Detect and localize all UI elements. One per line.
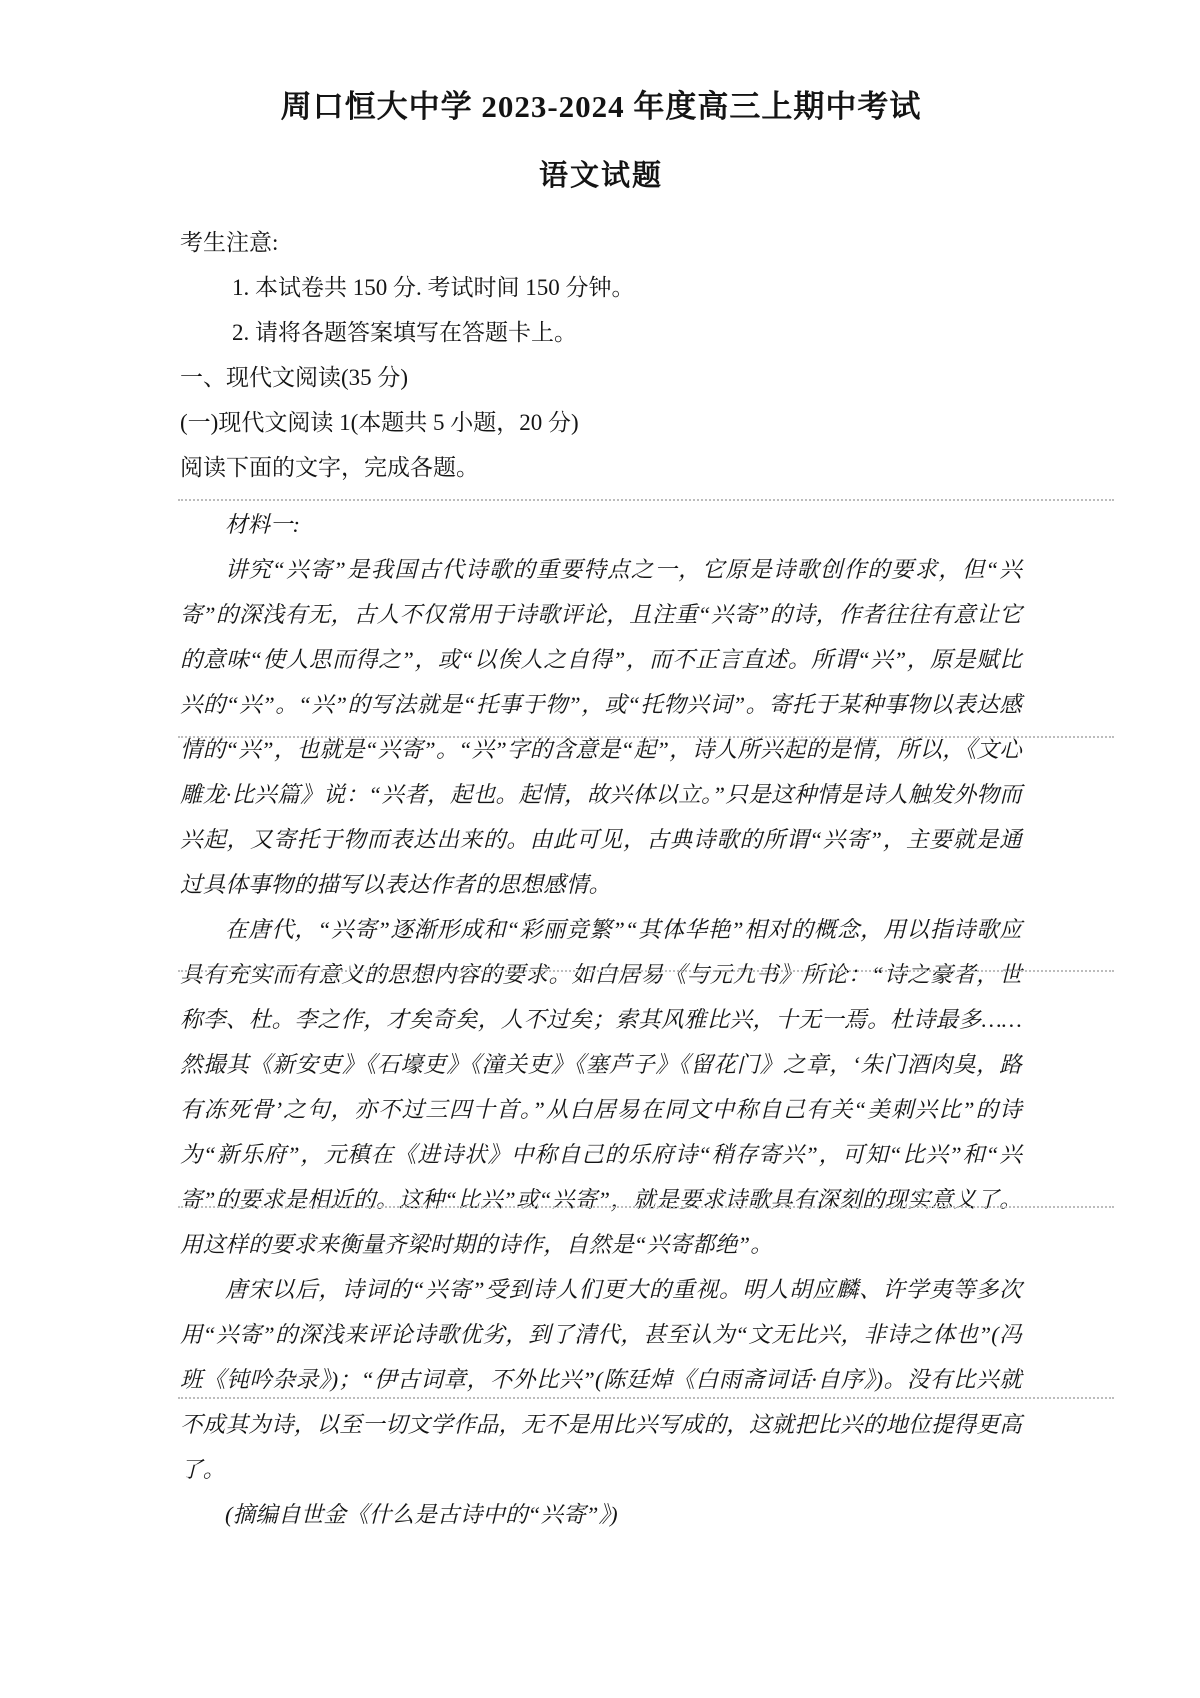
material-paragraph-1: 讲究“兴寄”是我国古代诗歌的重要特点之一，它原是诗歌创作的要求，但“兴寄”的深浅… — [180, 547, 1022, 907]
reading-instruction: 阅读下面的文字，完成各题。 — [180, 445, 1022, 490]
scan-dotted-divider — [178, 970, 1114, 972]
scan-dotted-divider — [178, 1397, 1114, 1399]
notice-item-2: 2. 请将各题答案填写在答题卡上。 — [180, 310, 1022, 355]
subsection-heading-modern-reading-1: (一)现代文阅读 1(本题共 5 小题，20 分) — [180, 400, 1022, 445]
exam-document: 周口恒大中学 2023-2024 年度高三上期中考试 语文试题 考生注意: 1.… — [180, 86, 1022, 1537]
scan-dotted-divider — [178, 736, 1114, 738]
material-paragraph-2: 在唐代，“兴寄”逐渐形成和“彩丽竞繁”“其体华艳”相对的概念，用以指诗歌应具有充… — [180, 907, 1022, 1267]
material-paragraph-3: 唐宋以后，诗词的“兴寄”受到诗人们更大的重视。明人胡应麟、许学夷等多次用“兴寄”… — [180, 1267, 1022, 1492]
material-one-label: 材料一: — [180, 502, 1022, 547]
exam-subject-title: 语文试题 — [180, 156, 1022, 196]
material-one: 材料一: 讲究“兴寄”是我国古代诗歌的重要特点之一，它原是诗歌创作的要求，但“兴… — [180, 502, 1022, 1537]
source-attribution: (摘编自世金《什么是古诗中的“兴寄”》) — [180, 1492, 1022, 1537]
exam-title: 周口恒大中学 2023-2024 年度高三上期中考试 — [180, 86, 1022, 128]
notice-item-1: 1. 本试卷共 150 分. 考试时间 150 分钟。 — [180, 265, 1022, 310]
notice-label: 考生注意: — [180, 220, 1022, 265]
candidate-notice: 考生注意: 1. 本试卷共 150 分. 考试时间 150 分钟。 2. 请将各… — [180, 220, 1022, 355]
section-heading-modern-reading: 一、现代文阅读(35 分) — [180, 355, 1022, 400]
scan-dotted-divider — [178, 499, 1114, 501]
scan-dotted-divider — [178, 1206, 1114, 1208]
